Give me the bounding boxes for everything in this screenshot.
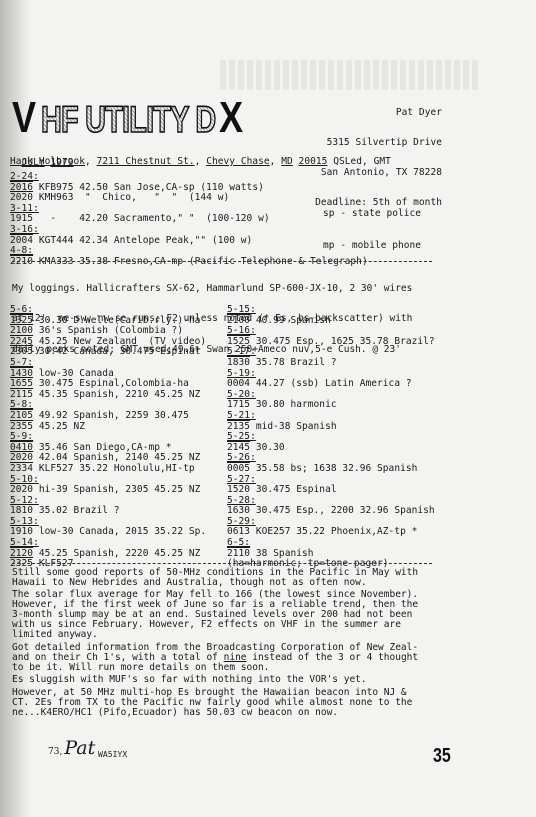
- entry-time: 2020: [10, 484, 33, 495]
- entry-text: 30.30 D.Welle(Carib.rly.)-ha: [33, 315, 200, 326]
- date-label: 5-15:: [227, 304, 256, 315]
- entry-time: 1910: [10, 526, 33, 537]
- entry-text: KOE257 35.22 Phoenix,AZ-tp *: [250, 526, 417, 537]
- entry-text: 30.475 Espinal: [250, 484, 337, 495]
- contributor-line: Hank Holbrook, 7211 Chestnut St., Chevy …: [10, 157, 391, 168]
- entry-text: KLF527 35.22 Honolulu,HI-tp: [33, 463, 195, 474]
- editor-street: 5315 Silvertip Drive: [315, 138, 442, 148]
- log-entry: 2355 45.25 NZ: [10, 422, 206, 433]
- entry-text: 30.475 Esp., 2200 32.96 Spanish: [250, 505, 435, 516]
- entry-time: 2020: [10, 192, 33, 203]
- body-paragraph: Still some good reports of 50-MHz condit…: [12, 568, 442, 588]
- date-label: 5-7:: [10, 357, 33, 368]
- contributor-name: Hank Holbrook: [10, 156, 85, 167]
- log-entry: 1520 30.475 Espinal: [227, 485, 435, 496]
- entry-text: 30.80 harmonic: [250, 399, 337, 410]
- log-entry: 2334 KLF527 35.22 Honolulu,HI-tp: [10, 464, 206, 475]
- paragraph-line: to be it. Will run more details on them …: [12, 663, 442, 673]
- entry-text: KFB975 42.50 San Jose,CA-sp (110 watts): [33, 182, 264, 193]
- paragraph-line: Hawaii to New Hebrides and Australia, th…: [12, 578, 442, 588]
- entry-time: 1655: [10, 378, 33, 389]
- date-label: 6-5:: [227, 537, 250, 548]
- log-entry: 0004 44.27 (ssb) Latin America ?: [227, 379, 435, 390]
- intro-line: My loggings. Hallicrafters SX-62, Hammar…: [12, 284, 442, 294]
- contributor-street: 7211 Chestnut St.: [97, 156, 195, 167]
- entry-time: 1630: [227, 505, 250, 516]
- entry-time: 2355: [10, 421, 33, 432]
- entry-text: - 42.20 Sacramento," " (100-120 w): [33, 213, 270, 224]
- log-entry: 2145 30.30: [227, 443, 435, 454]
- abbreviation-legend: sp - state police mp - mobile phone: [323, 188, 421, 262]
- entry-time: 2020: [10, 452, 33, 463]
- paragraph-line: Es sluggish with MUF's so far with nothi…: [12, 675, 442, 685]
- date-label: 5-6:: [10, 304, 33, 315]
- body-paragraph: The solar flux average for May fell to 1…: [12, 590, 442, 640]
- logo-letter-x: X: [219, 98, 243, 138]
- log-right-column: 5-15:2100 40.99 Spanish5-16:1525 30.475 …: [227, 305, 435, 570]
- date-label: 5-8:: [10, 399, 33, 410]
- entry-time: 2145: [227, 442, 250, 453]
- entry-text: 45.35 Spanish, 2210 45.25 NZ: [33, 389, 200, 400]
- entry-text: 38 Spanish: [250, 548, 313, 559]
- entry-time: 0005: [227, 463, 250, 474]
- callsign: WA5IYX: [98, 750, 127, 761]
- entry-text: hi-39 Spanish, 2305 45.25 NZ: [33, 484, 200, 495]
- log-entry: 1630 30.475 Esp., 2200 32.96 Spanish: [227, 506, 435, 517]
- entry-time: 1810: [10, 505, 33, 516]
- entry-time: 0004: [227, 378, 250, 389]
- entry-text: 45.25 NZ: [33, 421, 85, 432]
- divider: [12, 261, 432, 262]
- body-paragraph: Got detailed information from the Broadc…: [12, 643, 442, 673]
- log-left-column: 5-6:1325 30.30 D.Welle(Carib.rly.)-ha210…: [10, 305, 206, 570]
- contributor-suffix: QSLed, GMT: [333, 156, 391, 167]
- entry-text: mid-38 Spanish: [250, 421, 337, 432]
- entry-time: 1830: [227, 357, 250, 368]
- date-label: 5-17:: [227, 346, 256, 357]
- entry-time: 1430: [10, 368, 33, 379]
- entry-time: 2105: [10, 410, 33, 421]
- entry-time: 2110: [227, 548, 250, 559]
- signature: 73,Pat: [48, 737, 95, 759]
- log-entry: 2100 40.99 Spanish: [227, 316, 435, 327]
- entry-text: 36's Spanish (Colombia ?): [33, 325, 183, 336]
- entry-time: 1915: [10, 213, 33, 224]
- entry-time: 2100: [10, 325, 33, 336]
- editor-name: Pat Dyer: [315, 108, 442, 118]
- date-label: 2-24:: [10, 171, 39, 182]
- log-entry: 2004 KGT444 42.34 Antelope Peak,"" (100 …: [10, 236, 368, 247]
- logo-outline-text: HF UTILITY D: [41, 102, 215, 138]
- entry-time: 2305: [10, 346, 33, 357]
- entry-time: 2120: [10, 548, 33, 559]
- contributor-city: Chevy Chase: [206, 156, 269, 167]
- entry-time: 1715: [227, 399, 250, 410]
- date-label: 3-16:: [10, 224, 39, 235]
- date-label: 4-8:: [10, 245, 33, 256]
- paragraph-line: ne...K4ERO/HC1 (Pifo,Ecuador) has 50.03 …: [12, 708, 442, 718]
- date-label: 5-27:: [227, 474, 256, 485]
- entry-time: 2016: [10, 182, 33, 193]
- entry-time: 2100: [227, 315, 250, 326]
- entry-time: 2115: [10, 389, 33, 400]
- log-entry: 2305 30.42 Canada, 30.475 Espinal: [10, 347, 206, 358]
- entry-text: low-30 Canada: [33, 368, 114, 379]
- entry-text: KGT444 42.34 Antelope Peak,"" (100 w): [33, 235, 252, 246]
- entry-text: 30.42 Canada, 30.475 Espinal: [33, 346, 200, 357]
- entry-text: 42.04 Spanish, 2140 45.25 NZ: [33, 452, 200, 463]
- entry-text: 44.27 (ssb) Latin America ?: [250, 378, 412, 389]
- log-entry: 1810 35.02 Brazil ?: [10, 506, 206, 517]
- entry-text: 35.78 Brazil ?: [250, 357, 337, 368]
- legend-item: mp - mobile phone: [323, 241, 421, 252]
- log-entry: 2135 mid-38 Spanish: [227, 422, 435, 433]
- entry-time: 2334: [10, 463, 33, 474]
- signature-closing: 73,: [48, 747, 62, 757]
- entry-text: KMH963 " Chico, " " (144 w): [33, 192, 229, 203]
- legend-item: sp - state police: [323, 209, 421, 220]
- log-entry: 1525 30.475 Esp., 1625 35.78 Brazil?: [227, 337, 435, 348]
- log-entry: 1830 35.78 Brazil ?: [227, 358, 435, 369]
- log-entry: 1910 low-30 Canada, 2015 35.22 Sp.: [10, 527, 206, 538]
- bleed-through-text: [220, 60, 480, 90]
- log-entry: 2115 45.35 Spanish, 2210 45.25 NZ: [10, 390, 206, 401]
- entry-text: 40.99 Spanish: [250, 315, 331, 326]
- entry-text: 45.25 Spanish, 2220 45.25 NZ: [33, 548, 200, 559]
- paragraph-line: limited anyway.: [12, 630, 442, 640]
- entry-time: 1520: [227, 484, 250, 495]
- date-label: 5-16:: [227, 325, 256, 336]
- date-label: 5-10:: [10, 474, 39, 485]
- contributor-zip: 20015: [299, 156, 328, 167]
- entry-text: 35.58 bs; 1638 32.96 Spanish: [250, 463, 417, 474]
- date-label: 5-19:: [227, 368, 256, 379]
- log-entry: 0613 KOE257 35.22 Phoenix,AZ-tp *: [227, 527, 435, 538]
- log-entry: 0005 35.58 bs; 1638 32.96 Spanish: [227, 464, 435, 475]
- body-paragraph: However, at 50 MHz multi-hop Es brought …: [12, 688, 442, 718]
- entry-text: 49.92 Spanish, 2259 30.475: [33, 410, 189, 421]
- logo-letter-v: V: [12, 98, 36, 138]
- entry-time: 2135: [227, 421, 250, 432]
- entry-time: 0613: [227, 526, 250, 537]
- divider: [12, 563, 432, 564]
- body-paragraph: Es sluggish with MUF's so far with nothi…: [12, 675, 442, 685]
- entry-text: low-30 Canada, 2015 35.22 Sp.: [33, 526, 206, 537]
- signature-name: Pat: [64, 737, 95, 759]
- log-entry: 2020 hi-39 Spanish, 2305 45.25 NZ: [10, 485, 206, 496]
- entry-text: 30.475 Esp., 1625 35.78 Brazil?: [250, 336, 435, 347]
- entry-time: 1525: [227, 336, 250, 347]
- column-logo: V HF UTILITY D X: [12, 98, 248, 138]
- log-entry: 1715 30.80 harmonic: [227, 400, 435, 411]
- date-label: 5-9:: [10, 431, 33, 442]
- entry-time: 2004: [10, 235, 33, 246]
- contributor-log: 2-24:2016 KFB975 42.50 San Jose,CA-sp (1…: [10, 172, 368, 267]
- date-label: 5-26:: [227, 452, 256, 463]
- date-label: 5-14:: [10, 537, 39, 548]
- contributor-state: MD: [281, 156, 293, 167]
- log-entry: 2020 KMH963 " Chico, " " (144 w): [10, 193, 368, 204]
- entry-text: 35.02 Brazil ?: [33, 505, 120, 516]
- entry-time: 1325: [10, 315, 33, 326]
- date-label: 5-21:: [227, 410, 256, 421]
- page-number: 35: [433, 745, 451, 768]
- log-entry: 1915 - 42.20 Sacramento," " (100-120 w): [10, 214, 368, 225]
- entry-text: 30.475 Espinal,Colombia-ha: [33, 378, 189, 389]
- date-label: 5-25:: [227, 431, 256, 442]
- entry-text: 30.30: [250, 442, 285, 453]
